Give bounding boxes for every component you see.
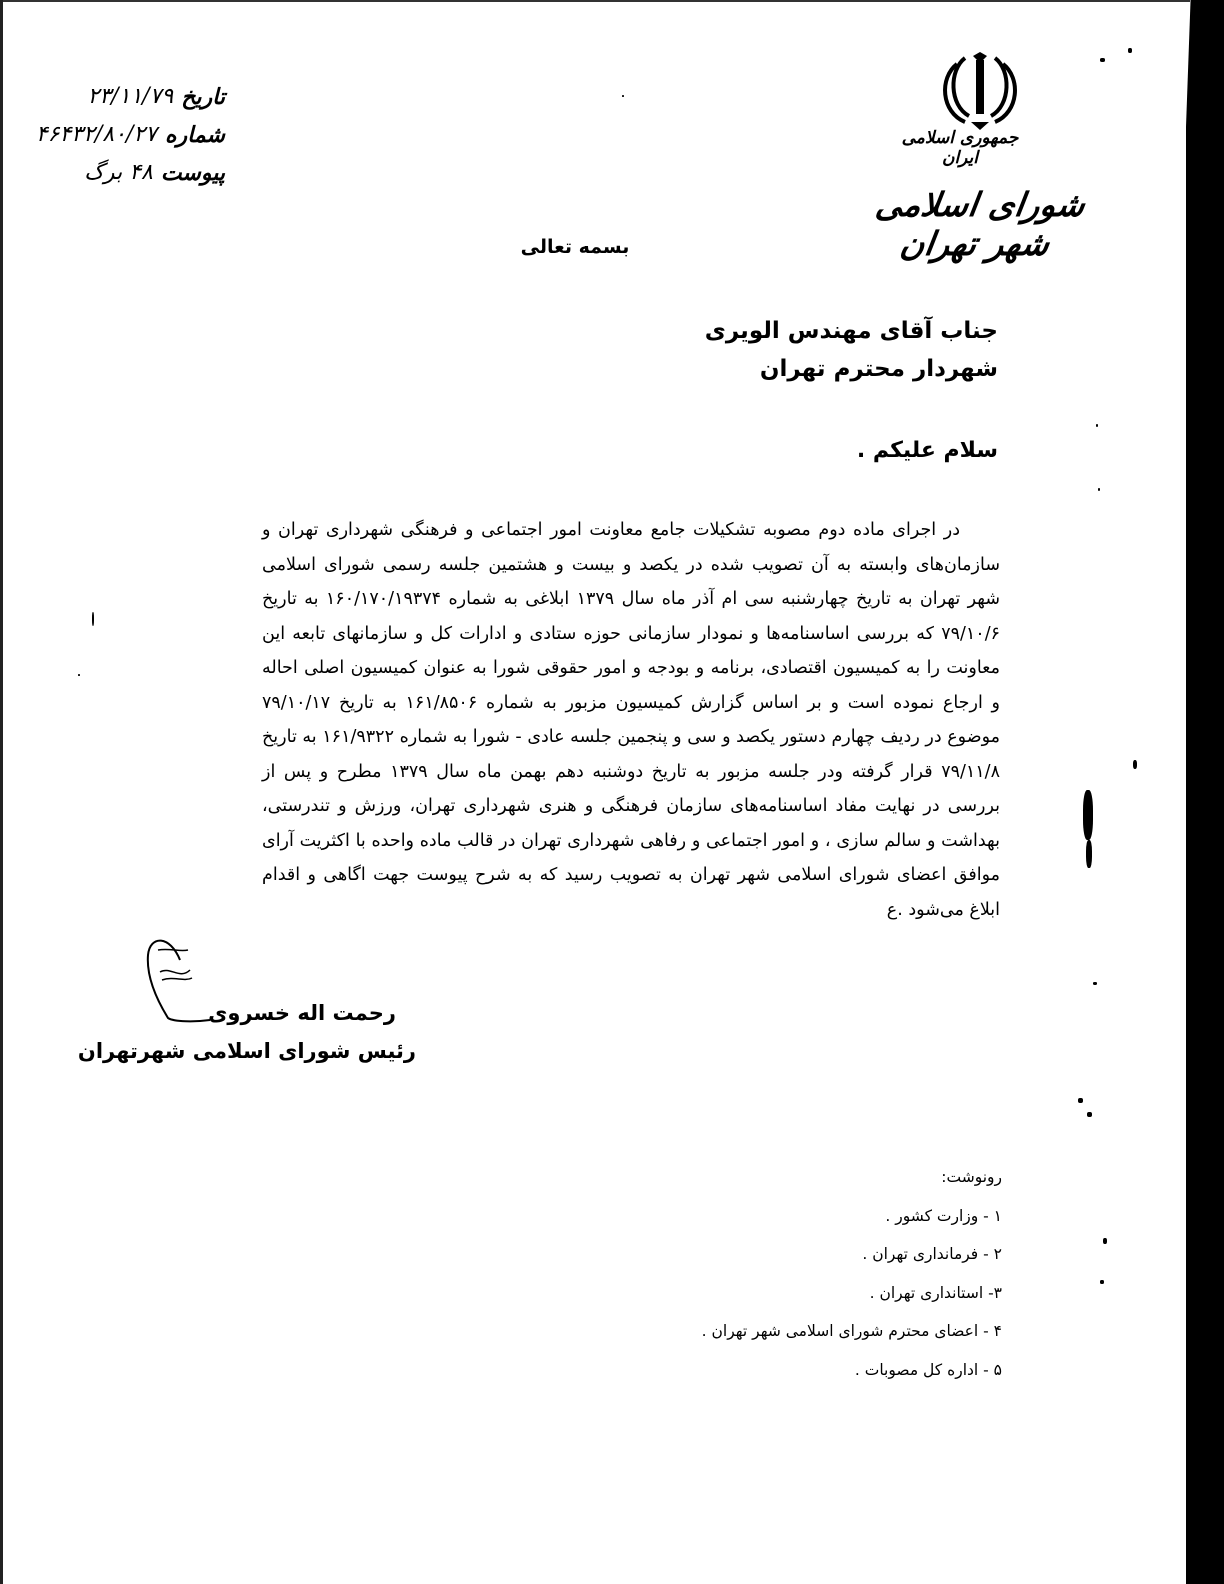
recipient-block: جناب آقای مهندس الویری شهردار محترم تهرا… [705,312,998,388]
scan-speck [1128,48,1132,53]
scan-edge-left [0,0,3,1584]
recipient-name: جناب آقای مهندس الویری [705,312,998,350]
scan-speck [1086,840,1092,868]
reference-number-row: شماره ۴۶۴۳۲/۸۰/۲۷ [10,116,225,154]
cc-label: رونوشت: [702,1158,1002,1197]
signatory-block: رحمت اله خسروی رئیس شورای اسلامی شهرتهرا… [78,994,416,1070]
scan-speck [1133,760,1137,769]
scan-edge-top [0,0,1190,2]
scan-speck [92,612,94,626]
cc-item: ۳- استانداری تهران . [702,1274,1002,1313]
iran-emblem-icon [935,50,1025,130]
scan-speck [622,95,624,97]
reference-date-label: تاریخ [181,78,225,116]
scan-speck [1078,1098,1083,1103]
scanned-letter-page: تاریخ ۲۳/۱۱/۷۹ شماره ۴۶۴۳۲/۸۰/۲۷ پیوست ۴… [0,0,1224,1584]
scan-speck [1087,1112,1092,1117]
scan-speck [1100,58,1105,62]
carbon-copy-block: رونوشت: ۱ - وزارت کشور . ۲ - فرمانداری ت… [702,1158,1002,1389]
reference-attachment-value: ۴۸ برگ [84,154,153,192]
letterhead-council: شورای اسلامی شهر تهران [850,185,1106,263]
reference-attachment-row: پیوست ۴۸ برگ [10,154,225,192]
scan-speck [1096,424,1098,427]
reference-date-value: ۲۳/۱۱/۷۹ [87,78,173,116]
scan-speck [1100,1280,1104,1284]
scan-speck [78,674,80,676]
cc-item: ۲ - فرمانداری تهران . [702,1235,1002,1274]
letter-body: در اجرای ماده دوم مصوبه تشکیلات جامع معا… [262,513,1000,927]
reference-attachment-label: پیوست [161,154,225,192]
greeting: سلام علیکم . [857,438,998,463]
signatory-name: رحمت اله خسروی [78,994,416,1032]
scan-speck [1098,488,1100,491]
scan-speck [1083,790,1093,840]
cc-item: ۴ - اعضای محترم شورای اسلامی شهر تهران . [702,1312,1002,1351]
letterhead-republic: جمهوری اسلامی ایران [900,128,1020,168]
reference-number-value: ۴۶۴۳۲/۸۰/۲۷ [36,116,157,154]
reference-number-label: شماره [165,116,225,154]
scan-speck [1093,982,1097,985]
reference-date-row: تاریخ ۲۳/۱۱/۷۹ [10,78,225,116]
recipient-title: شهردار محترم تهران [705,350,998,388]
cc-item: ۵ - اداره کل مصوبات . [702,1351,1002,1390]
letter-reference-block: تاریخ ۲۳/۱۱/۷۹ شماره ۴۶۴۳۲/۸۰/۲۷ پیوست ۴… [10,78,225,192]
scan-speck [1103,1238,1107,1244]
signatory-title: رئیس شورای اسلامی شهرتهران [78,1032,416,1070]
scan-edge-right [1186,0,1224,1584]
invocation: بسمه تعالی [520,236,630,258]
cc-item: ۱ - وزارت کشور . [702,1197,1002,1236]
